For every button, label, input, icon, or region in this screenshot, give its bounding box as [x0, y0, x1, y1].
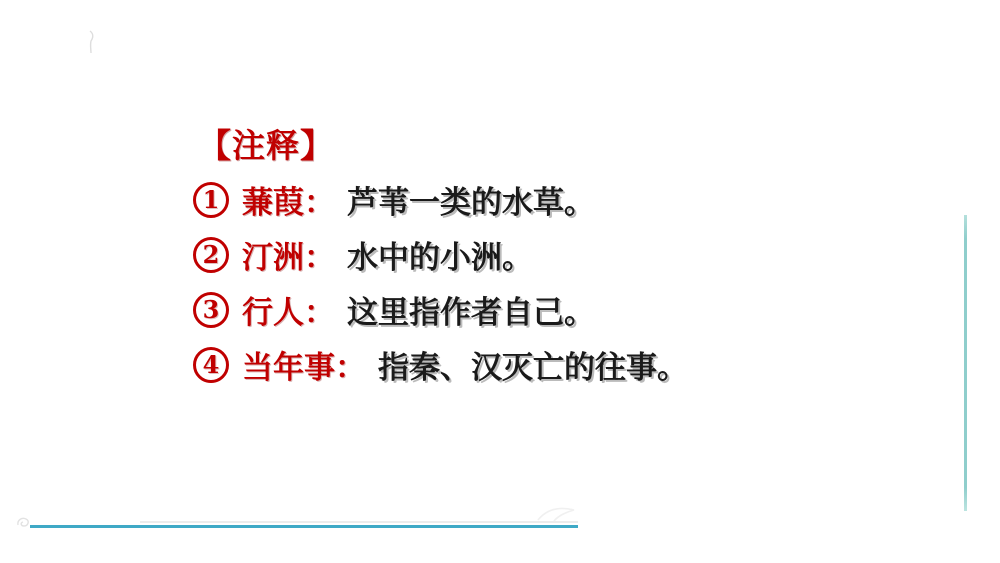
note-term: 当年事：: [242, 342, 366, 387]
note-definition: 指秦、汉灭亡的往事。: [378, 342, 688, 387]
note-term: 汀洲：: [242, 232, 335, 277]
faint-swirl-icon: [14, 511, 36, 531]
notes-list: 1 蒹葭： 芦苇一类的水草。 2 汀洲： 水中的小洲。 3 行人： 这里指作者自…: [193, 172, 913, 392]
note-definition: 水中的小洲。: [347, 232, 533, 277]
presentation-slide: 【注释】 1 蒹葭： 芦苇一类的水草。 2 汀洲： 水中的小洲。 3 行人： 这…: [0, 0, 1000, 563]
right-accent-line: [964, 215, 967, 511]
note-definition: 芦苇一类的水草。: [347, 177, 595, 222]
page-title: 【注释】: [198, 120, 334, 167]
circled-number: 1: [193, 182, 229, 218]
note-term: 行人：: [242, 287, 335, 332]
faint-swirl-icon: [84, 29, 100, 55]
note-item: 1 蒹葭： 芦苇一类的水草。: [193, 172, 913, 227]
note-item: 3 行人： 这里指作者自己。: [193, 282, 913, 337]
bottom-accent-line-highlight: [140, 521, 578, 523]
note-term: 蒹葭：: [242, 177, 335, 222]
circled-number: 3: [193, 292, 229, 328]
note-item: 2 汀洲： 水中的小洲。: [193, 227, 913, 282]
circled-number: 2: [193, 237, 229, 273]
note-definition: 这里指作者自己。: [347, 287, 595, 332]
note-item: 4 当年事： 指秦、汉灭亡的往事。: [193, 337, 913, 392]
bottom-accent-line: [30, 525, 578, 528]
circled-number: 4: [193, 347, 229, 383]
